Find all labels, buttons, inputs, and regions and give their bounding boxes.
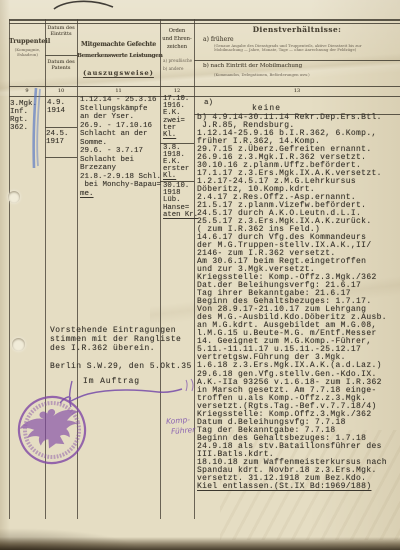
header-service-b-label: b) nach Eintritt der Mobilmachung: [203, 63, 302, 69]
header-entry-date: Datum des Eintritts: [46, 26, 76, 37]
table-rule: [9, 19, 400, 21]
certification-in-charge: Im Auftrag: [83, 377, 140, 386]
column-line: [160, 19, 161, 519]
scanned-service-record-page: Truppenteil (Kompagnie, Eskadron) Datum …: [0, 0, 400, 550]
decoration-line: Kl.: [163, 173, 194, 180]
column-number-12: 12: [160, 88, 194, 94]
service-former-value: keine: [252, 104, 281, 113]
troop-unit: 3.Mgk.Inf.Rgt.362.: [10, 100, 46, 132]
troop-unit-line: Inf.: [10, 108, 46, 116]
punch-hole: [12, 338, 25, 351]
official-stamp: [11, 389, 93, 471]
battle-line: Brzezany: [80, 164, 164, 173]
certification-statement: Vorstehende Eintragungenstimmen mit der …: [50, 327, 200, 354]
scan-shadow: [0, 528, 140, 550]
battle-line: an der Yser.: [80, 113, 164, 122]
battle-line: me.: [80, 190, 164, 199]
header-service-a-note: (Genaue Angabe des Dienstgrads und Trupp…: [214, 44, 390, 53]
column-line: [45, 19, 46, 519]
troop-unit-line: 3.Mgk.: [10, 100, 46, 108]
battle-line: Schlacht an der: [80, 130, 164, 139]
service-record-line: Kiel entlassen.(St.IX Bd:1969/188): [197, 483, 400, 491]
column-number-11: 11: [77, 88, 160, 94]
battle-line: Stellungskämpfe: [80, 105, 164, 114]
header-battles-line1: Mitgemachte Gefechte: [78, 41, 159, 48]
column-number-13: 13: [194, 88, 400, 94]
table-rule: [9, 86, 400, 87]
battles-list: 1.12.14 - 25.3.16Stellungskämpfean der Y…: [80, 96, 164, 198]
header-decorations-line2: und Ehren-: [160, 36, 194, 42]
cell-divider: [45, 127, 77, 128]
table-rule: [194, 60, 400, 61]
column-number-9: 9: [9, 88, 45, 94]
table-rule: [45, 55, 77, 56]
header-decorations-line3: zeichen: [160, 44, 194, 50]
troop-unit-line: Rgt.: [10, 116, 46, 124]
stamp-eagle-icon: [17, 402, 87, 455]
decoration-line: Kl.: [163, 132, 194, 139]
pen-stroke-top: [54, 1, 113, 9]
cell-divider: [45, 157, 77, 158]
service-former-label: a): [204, 99, 213, 107]
header-battles-line2: Bemerkenswerte Leistungen: [77, 53, 160, 59]
header-service-b-note: (Kommandos, Delegationen, Beförderungen …: [214, 72, 390, 77]
battle-line: Schlacht bei: [80, 156, 164, 165]
table-rule: [9, 23, 400, 24]
service-record-list: b) 4.9.14-30.11.14 Rekr.Dep.Ers.Btl. J.R…: [197, 114, 400, 491]
certification-line: des I.R.362 überein.: [50, 345, 200, 354]
header-service-a-label: a) frühere: [203, 36, 234, 43]
battle-line: 21.8.-2.9.18 Schl.: [80, 173, 164, 182]
certification-place-date: Berlin S.W.29, den 5.Okt.35: [50, 362, 192, 371]
scan-edge: [0, 537, 400, 550]
header-troop-title: Truppenteil: [9, 38, 46, 45]
header-decorations-option-b: b) andere: [163, 66, 183, 71]
header-troop-subtitle: (Kompagnie, Eskadron): [10, 48, 45, 57]
handwritten-note-line2: Führer: [171, 425, 196, 436]
table-rule: [9, 96, 400, 97]
troop-unit-line: 362.: [10, 124, 46, 132]
punch-hole: [8, 191, 20, 203]
battle-line: 26.9. - 17.10.16: [80, 122, 164, 131]
battle-line: 29.6. - 3.7.17: [80, 147, 164, 156]
battle-line: bei Monchy-Bapau=: [80, 181, 164, 190]
header-battles-line3: (auszugsweise): [77, 69, 160, 77]
margin-scribble: [186, 379, 193, 391]
decoration-line: aten Kr.: [163, 212, 194, 219]
entry-date: 4.9.1914: [47, 100, 77, 115]
patent-date: 24.5.1917: [46, 131, 76, 146]
column-number-10: 10: [45, 88, 77, 94]
header-decorations-option-a: a) preußische: [163, 58, 192, 63]
header-decorations-line1: Orden: [160, 28, 194, 34]
decoration-ek2: 17.10.1916.E.K.zwei=terKl.: [163, 96, 194, 139]
header-service-title: Dienstverhältnisse:: [194, 25, 400, 34]
battle-line: Somme.: [80, 139, 164, 148]
column-line: [77, 19, 78, 519]
handwritten-note-line1: Komp-: [166, 415, 191, 426]
header-patent-date: Datum des Patents: [46, 60, 76, 71]
decoration-hanseatenkreuz: 30.10.1918Lüb.Hanse=aten Kr.: [163, 183, 194, 219]
decoration-ek1: 3.8.1918.E.K.ersterKl.: [163, 145, 194, 181]
column-line: [194, 19, 195, 519]
table-border: [9, 19, 10, 519]
entry-date-line: 1914: [47, 108, 77, 116]
patent-date-line: 1917: [46, 139, 76, 147]
battle-line: 1.12.14 - 25.3.16: [80, 96, 164, 105]
